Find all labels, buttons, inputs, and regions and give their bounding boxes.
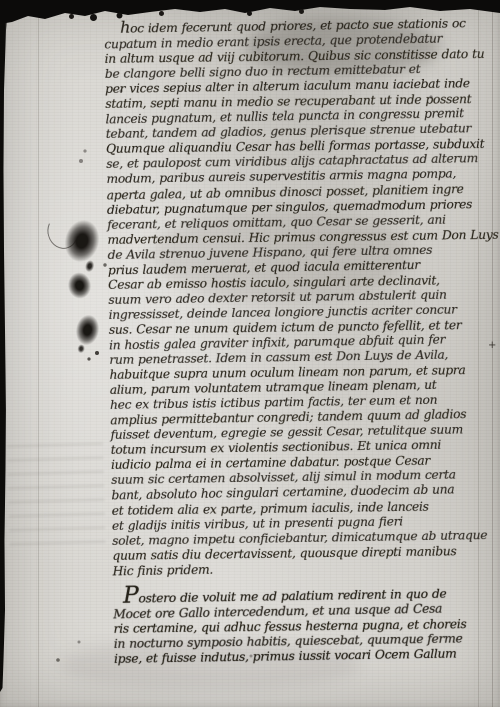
paragraph-1: hoc idem fecerunt quod priores, et pacto… — [104, 14, 499, 579]
manuscript-text: hoc idem fecerunt quod priores, et pacto… — [104, 14, 500, 667]
manuscript-page: + hoc idem fecerunt quod priores, et pac… — [0, 0, 500, 707]
verso-show-through — [7, 431, 106, 545]
ink-specks — [0, 0, 2, 2]
torn-left-edge — [0, 0, 10, 695]
paper-fold-line — [38, 0, 39, 707]
ink-blot — [57, 212, 108, 270]
ink-blot — [71, 310, 104, 350]
margin-cross-mark: + — [488, 340, 496, 351]
paragraph-2: Postero die voluit me ad palatium redire… — [113, 581, 500, 667]
